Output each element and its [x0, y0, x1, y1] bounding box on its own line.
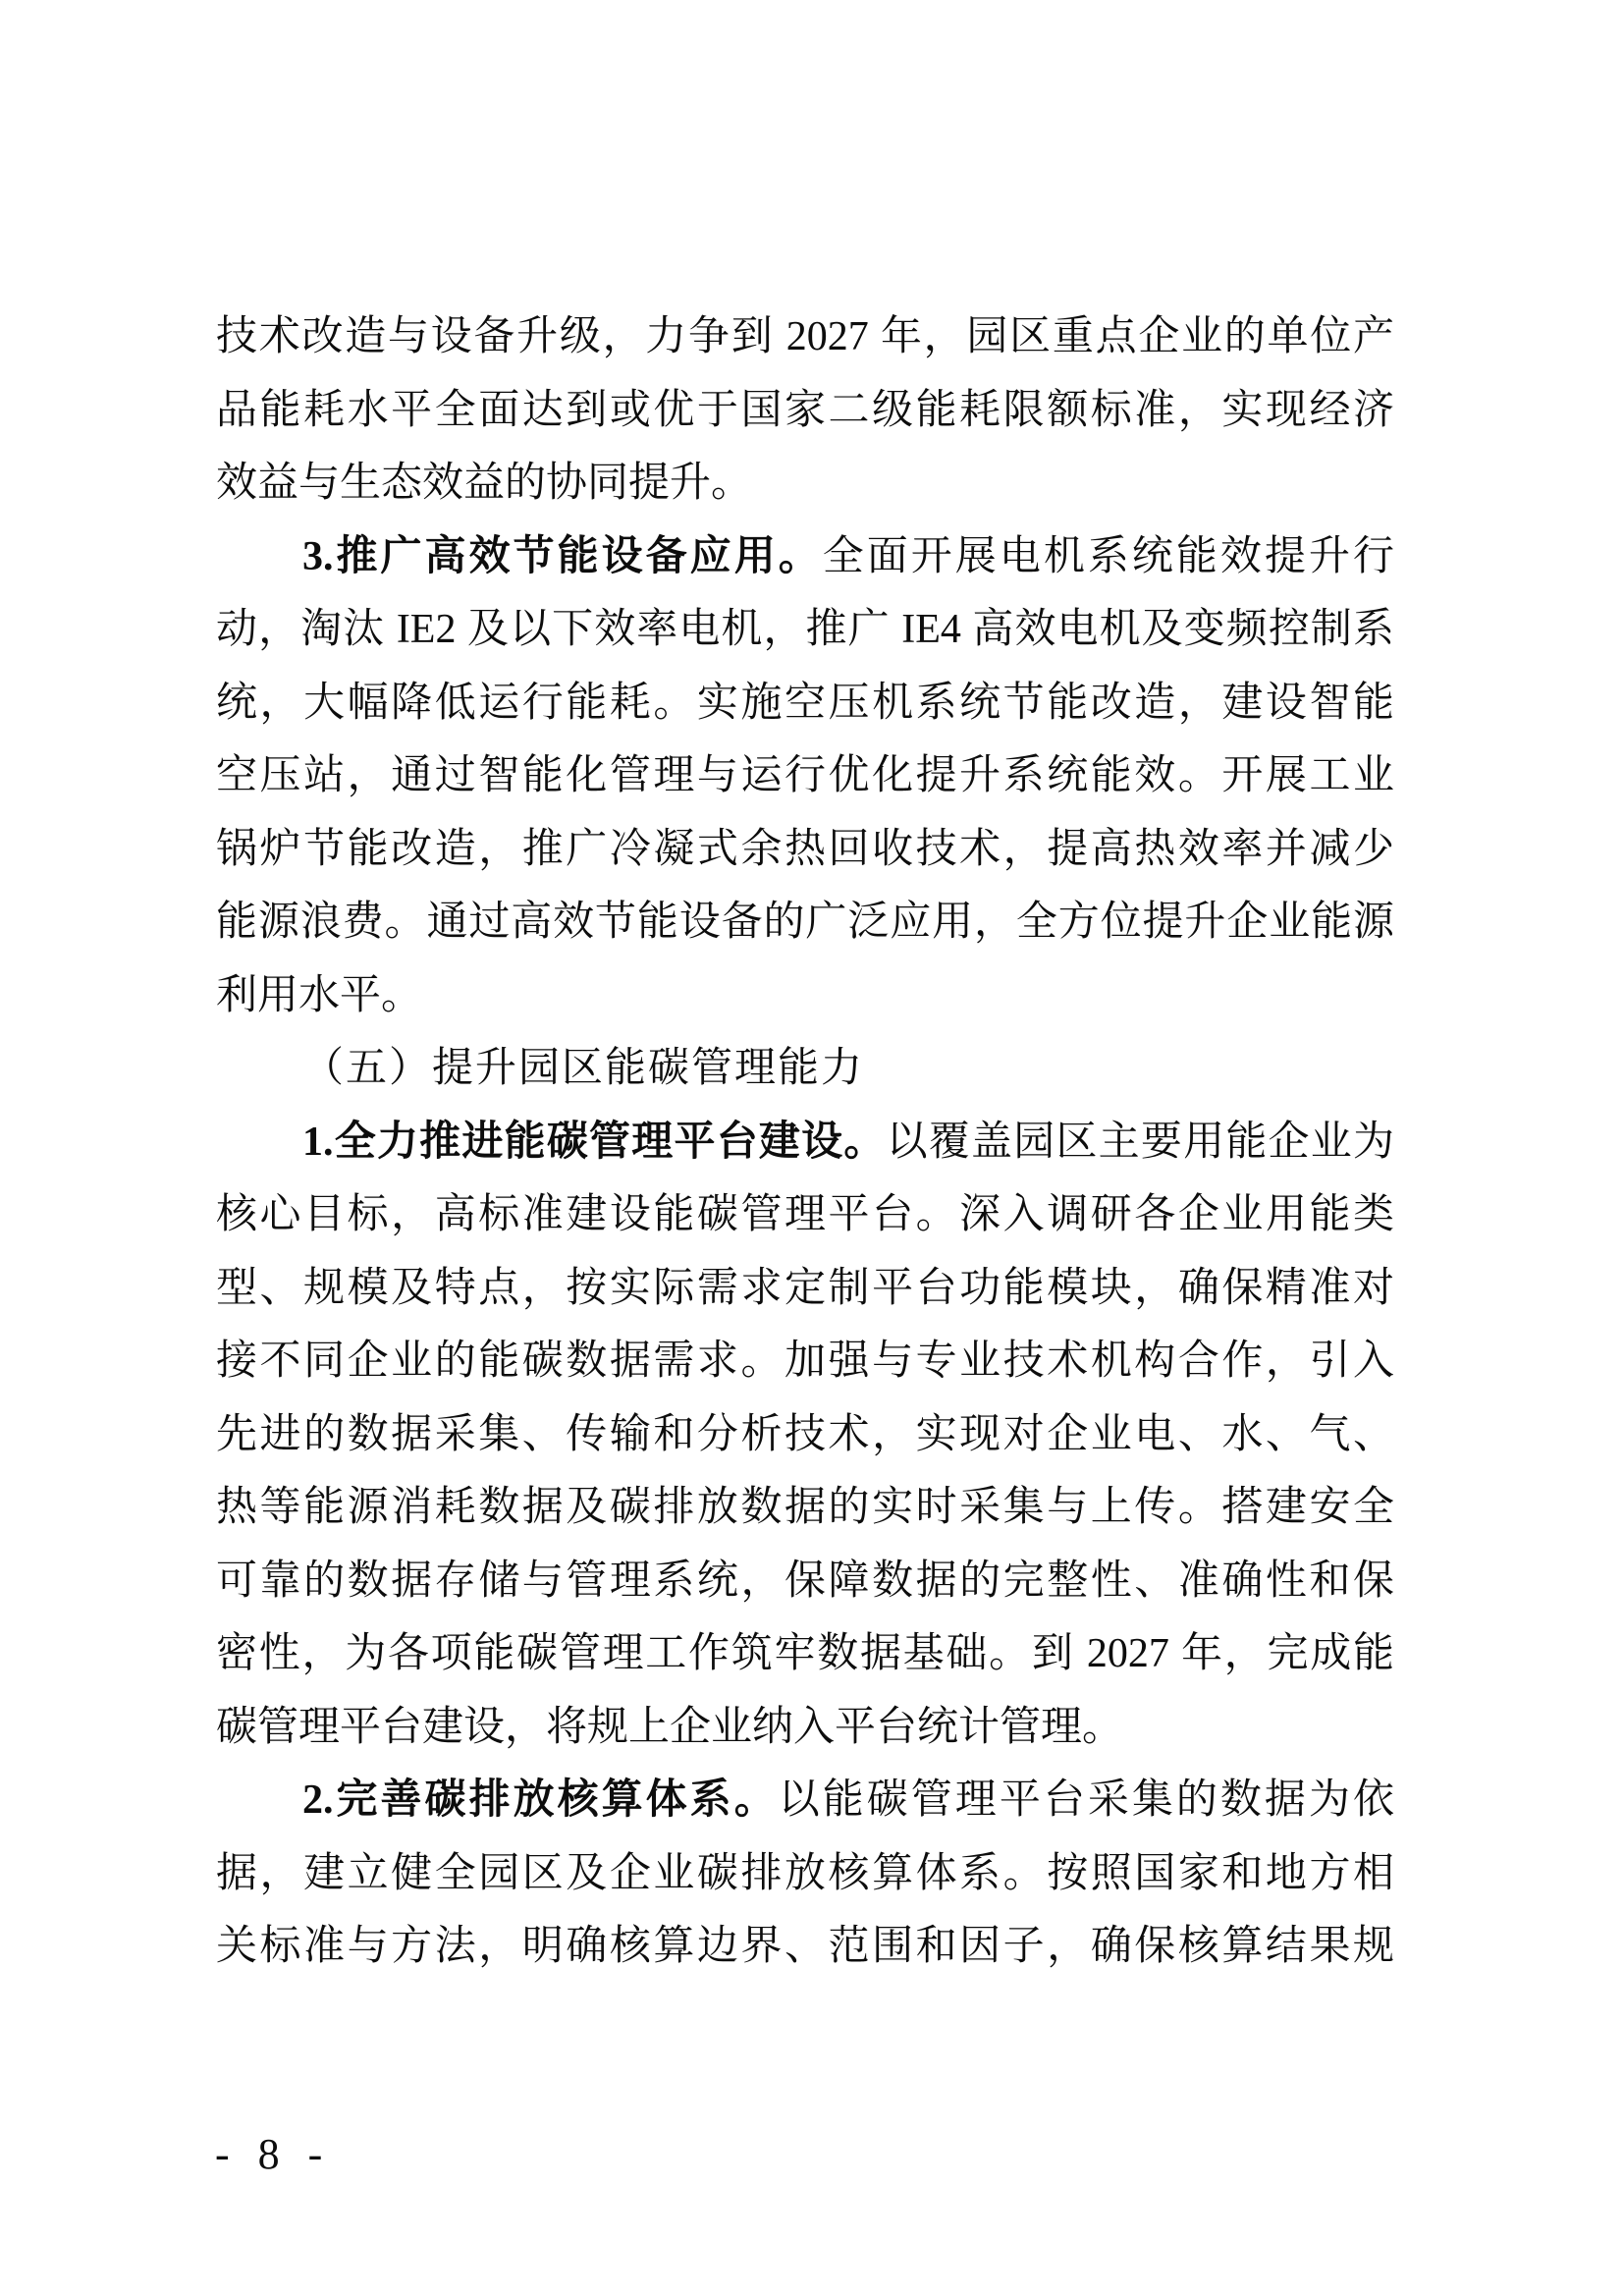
- bold-run: 2.完善碳排放核算体系。: [302, 1777, 779, 1823]
- body-line-3: 效益与生态效益的协同提升。: [216, 447, 1394, 520]
- body-line-20: 碳管理平台建设，将规上企业纳入平台统计管理。: [216, 1691, 1394, 1765]
- body-line-18: 可靠的数据存储与管理系统，保障数据的完整性、准确性和保: [216, 1545, 1394, 1618]
- bold-run: 1.全力推进能碳管理平台建设。: [302, 1120, 887, 1165]
- body-line-5: 动，淘汰 IE2 及以下效率电机，推广 IE4 高效电机及变频控制系: [216, 593, 1394, 667]
- body-line-15: 接不同企业的能碳数据需求。加强与专业技术机构合作，引入: [216, 1325, 1394, 1398]
- bold-run: 3.推广高效节能设备应用。: [302, 534, 823, 579]
- body-line-16: 先进的数据采集、传输和分析技术，实现对企业电、水、气、: [216, 1398, 1394, 1472]
- text-run: 统，大幅降低运行能耗。实施空压机系统节能改造，建设智能: [216, 681, 1394, 726]
- body-line-9: 能源浪费。通过高效节能设备的广泛应用，全方位提升企业能源: [216, 886, 1394, 959]
- body-line-23: 关标准与方法，明确核算边界、范围和因子，确保核算结果规: [216, 1910, 1394, 1984]
- body-line-7: 空压站，通过智能化管理与运行优化提升系统能效。开展工业: [216, 739, 1394, 813]
- text-run: 据，建立健全园区及企业碳排放核算体系。按照国家和地方相: [216, 1851, 1394, 1896]
- text-run: 碳管理平台建设，将规上企业纳入平台统计管理。: [216, 1705, 1123, 1750]
- text-run: 空压站，通过智能化管理与运行优化提升系统能效。开展工业: [216, 753, 1394, 798]
- body-line-8: 锅炉节能改造，推广冷凝式余热回收技术，提高热效率并减少: [216, 813, 1394, 887]
- text-run: 品能耗水平全面达到或优于国家二级能耗限额标准，实现经济: [216, 388, 1394, 433]
- text-run: 动，淘汰 IE2 及以下效率电机，推广 IE4 高效电机及变频控制系: [216, 607, 1394, 652]
- text-run: 以覆盖园区主要用能企业为: [887, 1120, 1394, 1165]
- text-run: 锅炉节能改造，推广冷凝式余热回收技术，提高热效率并减少: [216, 827, 1394, 872]
- body-line-14: 型、规模及特点，按实际需求定制平台功能模块，确保精准对: [216, 1252, 1394, 1326]
- body-line-19: 密性，为各项能碳管理工作筑牢数据基础。到 2027 年，完成能: [216, 1617, 1394, 1691]
- text-run: 密性，为各项能碳管理工作筑牢数据基础。到 2027 年，完成能: [216, 1631, 1394, 1676]
- body-line-22: 据，建立健全园区及企业碳排放核算体系。按照国家和地方相: [216, 1837, 1394, 1911]
- para-3-lead: 3.推广高效节能设备应用。全面开展电机系统能效提升行: [216, 520, 1394, 594]
- text-run: 效益与生态效益的协同提升。: [216, 461, 752, 506]
- para-2-lead: 2.完善碳排放核算体系。以能碳管理平台采集的数据为依: [216, 1764, 1394, 1837]
- text-run: 关标准与方法，明确核算边界、范围和因子，确保核算结果规: [216, 1924, 1394, 1969]
- section-heading-5: （五）提升园区能碳管理能力: [216, 1032, 1394, 1106]
- text-run: 型、规模及特点，按实际需求定制平台功能模块，确保精准对: [216, 1266, 1394, 1311]
- text-run: 利用水平。: [216, 973, 422, 1018]
- document-page: 技术改造与设备升级，力争到 2027 年，园区重点企业的单位产品能耗水平全面达到…: [0, 0, 1623, 2296]
- text-run: 以能碳管理平台采集的数据为依: [779, 1777, 1394, 1823]
- body-line-6: 统，大幅降低运行能耗。实施空压机系统节能改造，建设智能: [216, 667, 1394, 740]
- body-line-2: 品能耗水平全面达到或优于国家二级能耗限额标准，实现经济: [216, 374, 1394, 448]
- body-line-10: 利用水平。: [216, 959, 1394, 1033]
- para-1-lead: 1.全力推进能碳管理平台建设。以覆盖园区主要用能企业为: [216, 1106, 1394, 1179]
- text-run: 接不同企业的能碳数据需求。加强与专业技术机构合作，引入: [216, 1339, 1394, 1384]
- text-run: 热等能源消耗数据及碳排放数据的实时采集与上传。搭建安全: [216, 1485, 1394, 1530]
- text-run: 技术改造与设备升级，力争到 2027 年，园区重点企业的单位产: [216, 314, 1394, 359]
- text-run: 能源浪费。通过高效节能设备的广泛应用，全方位提升企业能源: [216, 900, 1394, 945]
- text-run: 可靠的数据存储与管理系统，保障数据的完整性、准确性和保: [216, 1558, 1394, 1604]
- text-run: 全面开展电机系统能效提升行: [823, 534, 1394, 579]
- page-number: - 8 -: [215, 2129, 331, 2180]
- body-line-13: 核心目标，高标准建设能碳管理平台。深入调研各企业用能类: [216, 1178, 1394, 1252]
- text-run: 先进的数据采集、传输和分析技术，实现对企业电、水、气、: [216, 1412, 1394, 1457]
- text-run: 核心目标，高标准建设能碳管理平台。深入调研各企业用能类: [216, 1192, 1394, 1237]
- body-line-17: 热等能源消耗数据及碳排放数据的实时采集与上传。搭建安全: [216, 1471, 1394, 1545]
- text-run: （五）提升园区能碳管理能力: [302, 1046, 864, 1091]
- body-line-1: 技术改造与设备升级，力争到 2027 年，园区重点企业的单位产: [216, 301, 1394, 374]
- document-body: 技术改造与设备升级，力争到 2027 年，园区重点企业的单位产品能耗水平全面达到…: [216, 301, 1394, 1984]
